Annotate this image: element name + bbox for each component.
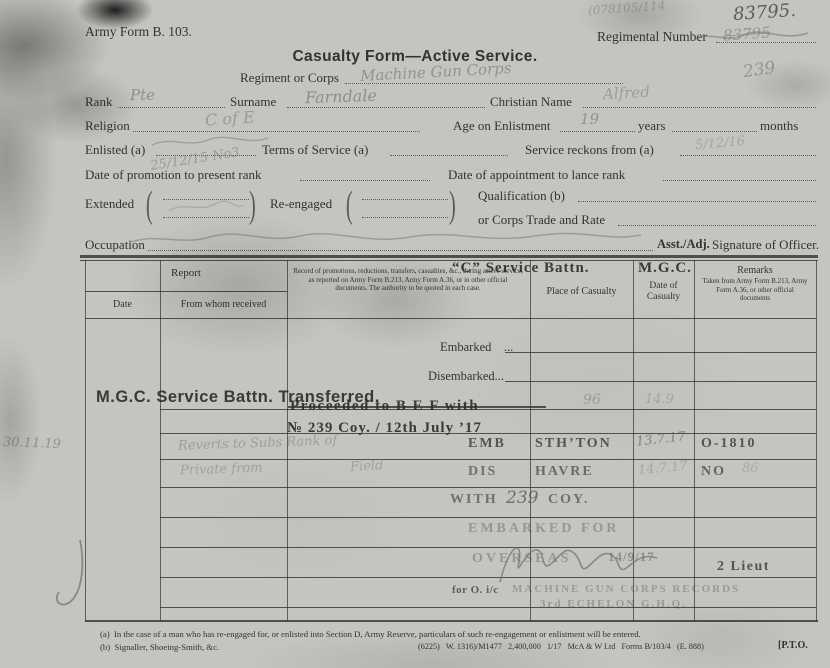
disembarked-label: Disembarked... — [428, 369, 504, 384]
extended-label: Extended — [85, 196, 134, 212]
table-vline — [694, 260, 695, 621]
row-line — [160, 547, 816, 548]
asst-adj-label: Asst./Adj. — [657, 237, 710, 252]
dotted-line — [287, 107, 485, 108]
christian-name-label: Christian Name — [490, 94, 572, 110]
row-line — [505, 381, 816, 382]
dis-place-stamp: HAVRE — [535, 464, 594, 480]
brace-open: ( — [146, 183, 153, 227]
footnote-a: (a) In the case of a man who has re-enga… — [100, 629, 641, 639]
footnote-b: (b) Signaller, Shoeing-Smith, &c. — [100, 642, 219, 652]
pencil-scrawl — [150, 134, 270, 150]
dotted-line — [118, 107, 225, 108]
terms-label: Terms of Service (a) — [262, 142, 368, 158]
row-line — [505, 352, 816, 353]
brace-close: ) — [249, 183, 256, 227]
pto-label: [P.T.O. — [778, 640, 808, 651]
pencil-note-line3: Field — [350, 458, 384, 475]
pencil-scrawl — [125, 228, 645, 250]
promotion-label: Date of promotion to present rank — [85, 167, 262, 183]
years-label: years — [638, 118, 665, 134]
two-lieut-stamp: 2 Lieut — [717, 559, 770, 575]
dotted-line — [663, 180, 816, 181]
form-number: Army Form B. 103. — [85, 24, 192, 40]
table-top-rule2 — [80, 260, 818, 261]
hw-date-faint: 14.9 — [645, 392, 674, 407]
reckons-value: 5/12/16 — [694, 134, 745, 153]
table-vline — [816, 260, 817, 621]
dotted-line — [133, 131, 420, 132]
dis-stamp: DIS — [468, 464, 497, 480]
table-vline — [160, 260, 161, 621]
for-oic-stamp: for O. i/c — [452, 584, 499, 596]
date-of-casualty-header: Date of — [633, 281, 694, 291]
date-of-casualty-header2: Casualty — [633, 292, 694, 302]
table-top-rule — [80, 255, 818, 258]
brace-close: ) — [449, 183, 456, 227]
strikethrough-line — [288, 406, 546, 408]
reengaged-label: Re-engaged — [270, 196, 332, 212]
age-value: 19 — [580, 110, 599, 128]
embarked-label: Embarked ... — [440, 340, 513, 355]
remarks-header: Remarks — [694, 265, 816, 276]
enlisted-label: Enlisted (a) — [85, 142, 145, 158]
dotted-line — [148, 250, 653, 251]
casualty-form-scan: Army Form B. 103. (078105/114 83795. Reg… — [0, 0, 830, 668]
dotted-line — [578, 201, 816, 202]
table-bottom-rule — [85, 620, 818, 622]
religion-value: C of E — [204, 107, 255, 129]
pencil-note-line1: Reverts to Subs Rank of — [178, 433, 338, 454]
dotted-line — [362, 217, 448, 218]
corps-trade-label: or Corps Trade and Rate — [478, 212, 605, 228]
dotted-line — [583, 107, 816, 108]
report-subdivider — [85, 291, 287, 292]
pencil-mark-scrawl — [50, 538, 90, 613]
surname-value: Farndale — [305, 86, 377, 107]
pencil-coy-number: 239 — [742, 58, 777, 82]
with-coy-number-hw: 239 — [506, 488, 538, 508]
dotted-line — [680, 155, 816, 156]
dotted-line — [300, 180, 430, 181]
dotted-line — [362, 199, 448, 200]
row-line — [160, 517, 816, 518]
print-imprint: (6225) W. 1316)/M1477 2,400,000 1/17 McA… — [418, 642, 704, 651]
dotted-line — [390, 155, 508, 156]
christian-name-value: Alfred — [603, 83, 651, 103]
with-coy-stamp: COY. — [548, 492, 589, 508]
rank-value: Pte — [130, 86, 155, 104]
qualification-label: Qualification (b) — [478, 188, 565, 204]
date-header: Date — [85, 299, 160, 310]
reckons-label: Service reckons from (a) — [525, 142, 654, 158]
emb-stamp: EMB — [468, 436, 506, 452]
row-line — [160, 433, 816, 434]
oic-unit-stamp: MACHINE GUN CORPS RECORDS — [512, 583, 740, 595]
emb-remark-stamp: O-1810 — [701, 436, 757, 452]
from-whom-header: From whom received — [160, 299, 287, 310]
margin-pencil-date: 30.11.19 — [3, 435, 61, 452]
dotted-line — [560, 131, 635, 132]
dis-remark-stamp: NO — [701, 464, 726, 480]
rank-label: Rank — [85, 94, 112, 110]
dis-remark2-hw: 86 — [742, 461, 759, 476]
dotted-line — [672, 131, 757, 132]
regimental-number-label: Regimental Number — [597, 29, 707, 45]
dotted-line — [618, 225, 816, 226]
with-stamp: WITH — [450, 492, 498, 508]
hw-place-96: 96 — [583, 392, 601, 408]
c-service-battn-stamp: “C” Service Battn. — [452, 260, 590, 277]
report-header: Report — [85, 267, 287, 279]
remarks-note: Taken from Army Form B.213, Army Form A.… — [702, 277, 808, 303]
header-bottom-line — [85, 318, 816, 319]
lance-label: Date of appointment to lance rank — [448, 167, 625, 183]
months-label: months — [760, 118, 798, 134]
religion-label: Religion — [85, 118, 130, 134]
pencil-note-line2: Private from — [180, 461, 263, 479]
regiment-label: Regiment or Corps — [240, 70, 339, 86]
mgc-stamp: M.G.C. — [638, 260, 692, 277]
dis-date-hw: 14.7.17 — [637, 459, 688, 478]
row-line — [160, 607, 816, 608]
signature-of-officer-label: Signature of Officer. — [712, 237, 819, 253]
row-line — [160, 409, 816, 410]
age-label: Age on Enlistment — [453, 118, 551, 134]
emb-place-stamp: STH’TON — [535, 436, 612, 452]
row-line — [160, 487, 816, 488]
pencil-scrawl — [165, 195, 245, 219]
row-line — [160, 577, 816, 578]
pencil-scrawl — [692, 28, 812, 46]
pencil-file-ref: (078105/114 — [588, 0, 666, 18]
place-of-casualty-header: Place of Casualty — [530, 286, 633, 297]
brace-open: ( — [346, 183, 353, 227]
pencil-regimental-number: 83795. — [732, 0, 796, 25]
echelon-stamp: 3rd ECHELON G.H.Q. — [540, 598, 687, 610]
